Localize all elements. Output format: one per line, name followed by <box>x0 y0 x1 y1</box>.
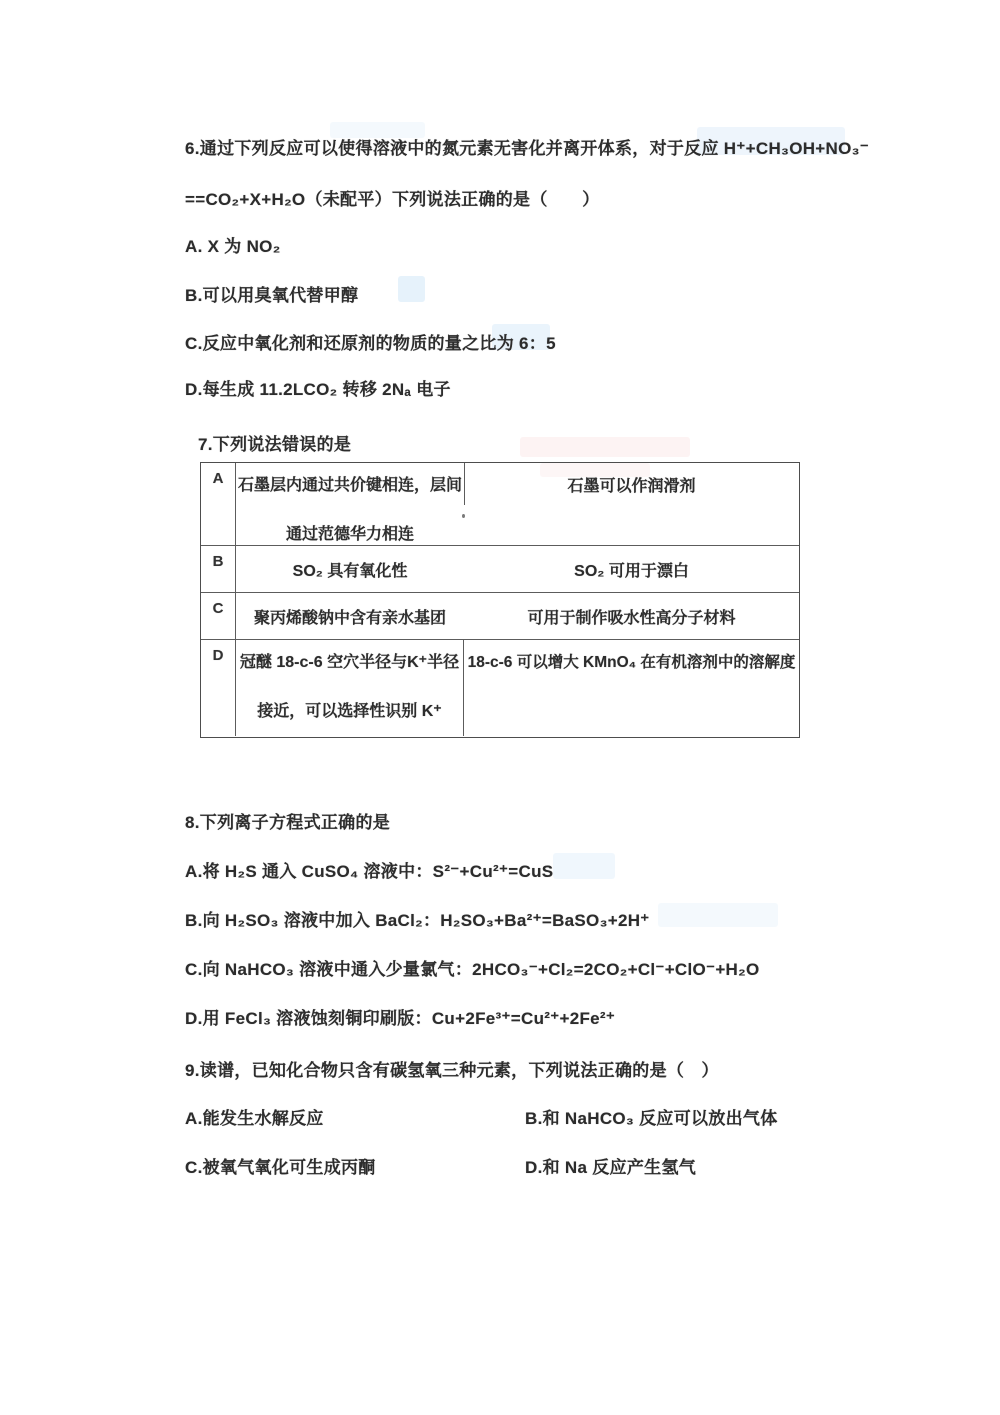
row-b-conclusion-text: SO₂ 可用于漂白 <box>574 558 689 581</box>
question-9-option-d: D.和 Na 反应产生氢气 <box>525 1153 696 1178</box>
row-c-conclusion-cell: 可用于制作吸水性高分子材料 <box>464 593 799 639</box>
question-9-option-a: A.能发生水解反应 <box>185 1104 324 1129</box>
question-8-option-b: B.向 H₂SO₃ 溶液中加入 BaCl₂：H₂SO₃+Ba²⁺=BaSO₃+2… <box>185 906 650 931</box>
question-7-title: 7.下列说法错误的是 <box>198 430 351 455</box>
row-a-conclusion-text: 石墨可以作润滑剂 <box>567 473 695 496</box>
row-d-conclusion-text: 18-c-6 可以增大 KMnO₄ 在有机溶剂中的溶解度 <box>468 650 796 672</box>
scan-artifact <box>520 437 690 457</box>
question-7-table: A 石墨层内通过共价键相连，层间 通过范德华力相连 石墨可以作润滑剂 B SO₂… <box>200 462 800 738</box>
table-partial-divider <box>464 463 465 505</box>
table-row-b: B SO₂ 具有氧化性 SO₂ 可用于漂白 <box>201 546 799 593</box>
question-8-option-d: D.用 FeCl₃ 溶液蚀刻铜印刷版：Cu+2Fe³⁺=Cu²⁺+2Fe²⁺ <box>185 1004 615 1029</box>
row-d-statement-cell: 冠醚 18-c-6 空穴半径与K⁺半径 接近，可以选择性识别 K⁺ <box>236 640 464 736</box>
row-a-statement-cell: 石墨层内通过共价键相连，层间 通过范德华力相连 <box>236 463 464 545</box>
table-row-c: C 聚丙烯酸钠中含有亲水基团 可用于制作吸水性高分子材料 <box>201 593 799 640</box>
scanned-exam-page: 6.通过下列反应可以使得溶液中的氮元素无害化并离开体系，对于反应 H⁺+CH₃O… <box>0 0 1000 1415</box>
row-c-conclusion-text: 可用于制作吸水性高分子材料 <box>527 605 735 628</box>
row-a-statement-line-2: 通过范德华力相连 <box>286 521 414 544</box>
question-6-line-2: ==CO₂+X+H₂O（未配平）下列说法正确的是（ ） <box>185 185 600 210</box>
table-row-d: D 冠醚 18-c-6 空穴半径与K⁺半径 接近，可以选择性识别 K⁺ 18-c… <box>201 640 799 736</box>
question-9-option-c: C.被氧气氧化可生成丙酮 <box>185 1153 376 1178</box>
row-d-conclusion-cell: 18-c-6 可以增大 KMnO₄ 在有机溶剂中的溶解度 <box>464 640 799 736</box>
scan-artifact <box>658 903 778 927</box>
row-b-statement-cell: SO₂ 具有氧化性 <box>236 546 464 592</box>
row-b-statement-text: SO₂ 具有氧化性 <box>293 558 408 581</box>
row-c-statement-cell: 聚丙烯酸钠中含有亲水基团 <box>236 593 464 639</box>
row-b-conclusion-cell: SO₂ 可用于漂白 <box>464 546 799 592</box>
question-6-option-c: C.反应中氧化剂和还原剂的物质的量之比为 6：5 <box>185 329 556 354</box>
row-c-label: C <box>201 593 236 639</box>
table-row-a: A 石墨层内通过共价键相连，层间 通过范德华力相连 石墨可以作润滑剂 <box>201 463 799 546</box>
row-c-statement-text: 聚丙烯酸钠中含有亲水基团 <box>254 605 446 628</box>
row-a-statement-line-1: 石墨层内通过共价键相连，层间 <box>238 472 462 495</box>
question-8-option-a: A.将 H₂S 通入 CuSO₄ 溶液中：S²⁻+Cu²⁺=CuS <box>185 857 553 882</box>
row-b-label: B <box>201 546 236 592</box>
row-d-statement-line-2: 接近，可以选择性识别 K⁺ <box>257 698 441 721</box>
row-a-label: A <box>201 463 236 545</box>
question-8-option-c: C.向 NaHCO₃ 溶液中通入少量氯气：2HCO₃⁻+Cl₂=2CO₂+Cl⁻… <box>185 955 760 980</box>
row-d-statement-line-1: 冠醚 18-c-6 空穴半径与K⁺半径 <box>240 649 459 672</box>
row-a-conclusion-cell: 石墨可以作润滑剂 <box>464 463 799 545</box>
question-6-option-d: D.每生成 11.2LCO₂ 转移 2Nₐ 电子 <box>185 375 451 400</box>
scan-artifact <box>398 276 425 302</box>
question-9-option-b: B.和 NaHCO₃ 反应可以放出气体 <box>525 1104 778 1129</box>
question-8-title: 8.下列离子方程式正确的是 <box>185 808 390 833</box>
question-6-option-a: A. X 为 NO₂ <box>185 232 281 257</box>
row-d-label: D <box>201 640 236 736</box>
question-6-line-1: 6.通过下列反应可以使得溶液中的氮元素无害化并离开体系，对于反应 H⁺+CH₃O… <box>185 134 869 159</box>
question-9-title: 9.读谱，已知化合物只含有碳氢氧三种元素，下列说法正确的是（ ） <box>185 1056 719 1081</box>
scan-artifact <box>553 853 615 879</box>
question-6-option-b: B.可以用臭氧代替甲醇 <box>185 281 358 306</box>
